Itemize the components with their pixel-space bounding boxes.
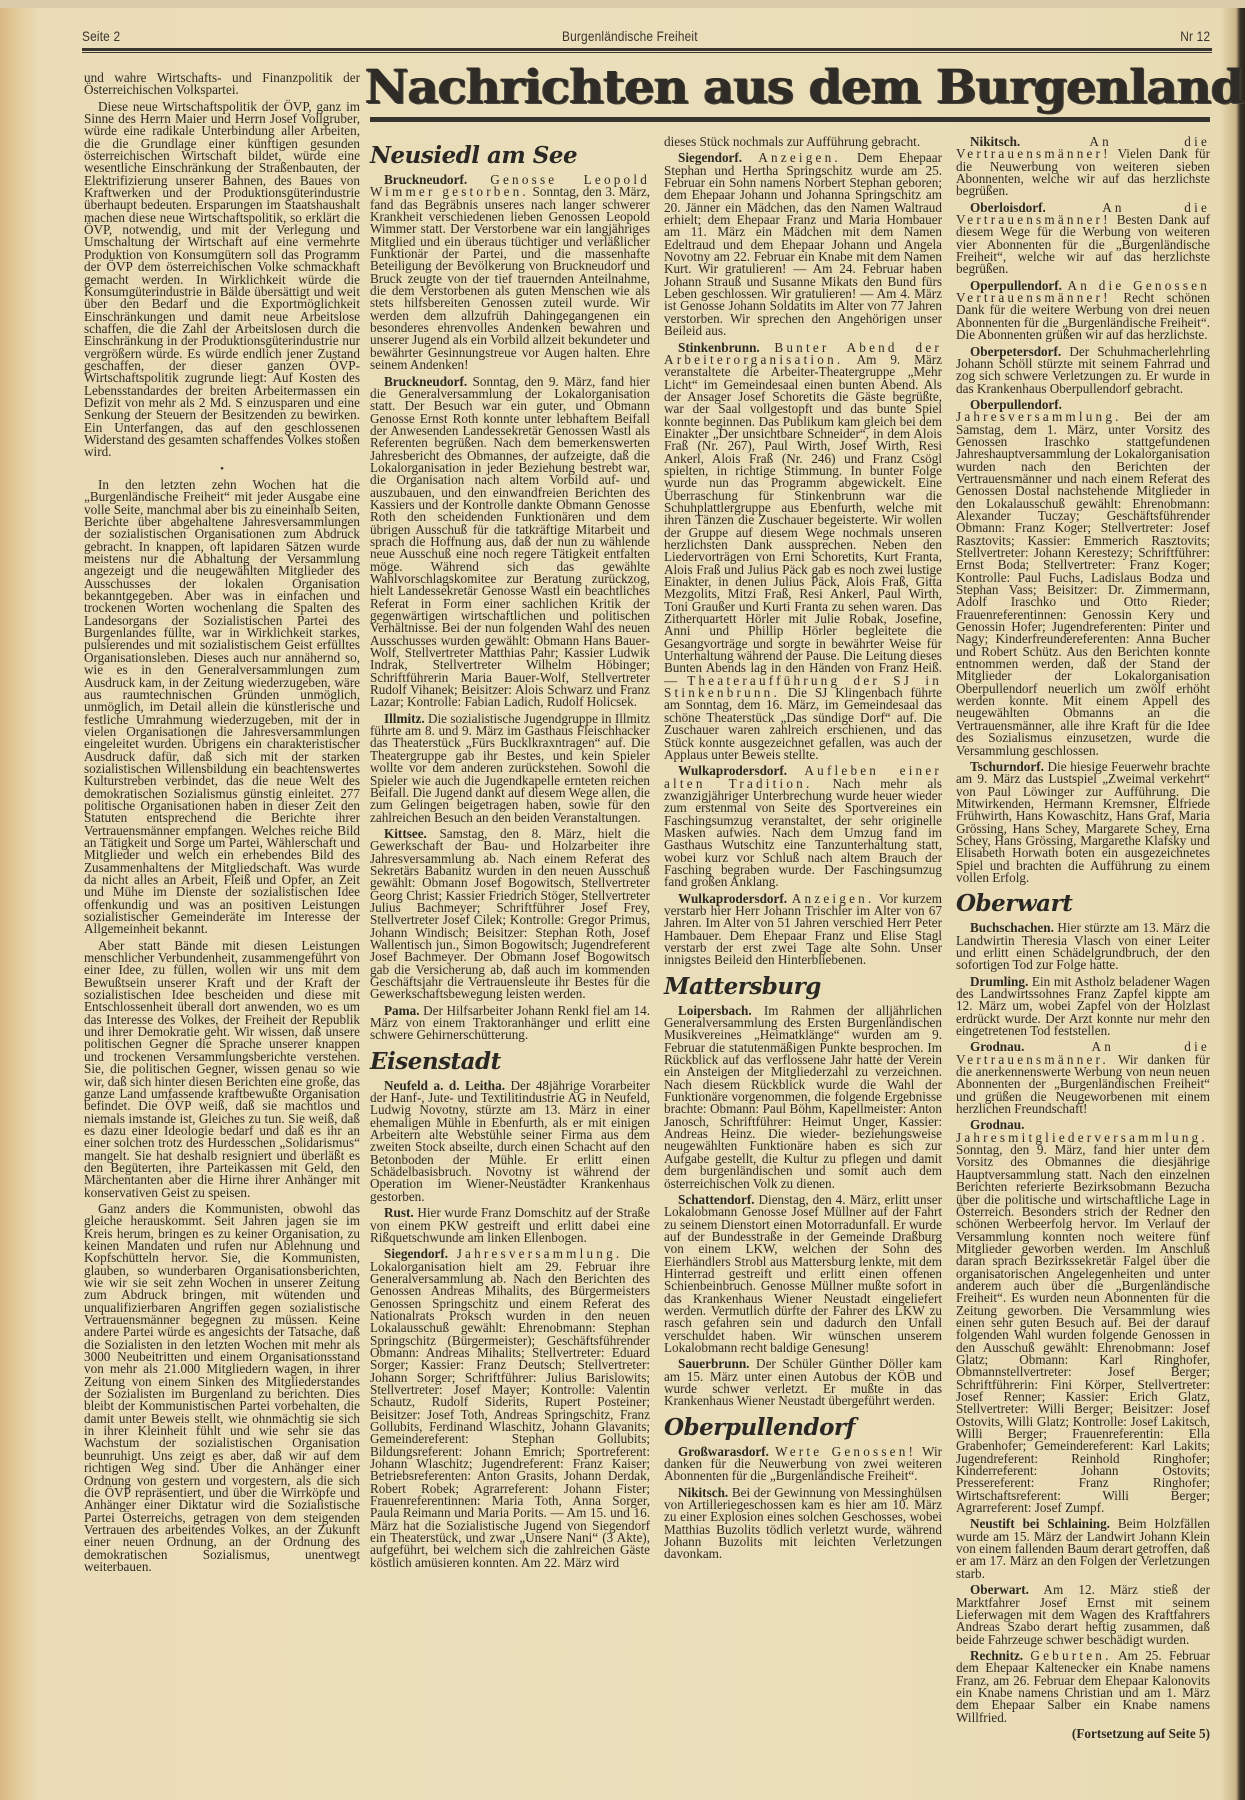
- article-text: Nach mehr als zwanzigjähriger Unterbrech…: [664, 776, 942, 890]
- article: Pama. Der Hilfsarbeiter Johann Renkl fie…: [370, 1005, 650, 1042]
- article-text: Samstag, den 8. März, hielt die Gewerksc…: [370, 826, 650, 1001]
- column-editorial: und wahre Wirtschafts- und Finanzpolitik…: [84, 72, 360, 1573]
- issue-number: Nr 12: [1180, 28, 1210, 44]
- article: Bruckneudorf. Sonntag, den 9. März, fand…: [370, 376, 650, 709]
- article: Großwarasdorf. Werte Genossen! Wir danke…: [664, 1446, 942, 1483]
- article-text: Dem Ehepaar Stephan und Hertha Springsch…: [664, 150, 942, 338]
- paragraph: und wahre Wirtschafts- und Finanzpolitik…: [84, 72, 360, 97]
- article: Siegendorf. Anzeigen. Dem Ehepaar Stepha…: [664, 152, 942, 337]
- masthead-text: Nachrichten aus dem Burgenland: [365, 60, 1243, 115]
- article: Oberpetersdorf. Der Schuhmacherlehrling …: [956, 346, 1210, 395]
- article: Oberloisdorf. An die Vertrauensmänner! B…: [956, 202, 1210, 276]
- article: Tschurndorf. Die hiesige Feuerwehr brach…: [956, 761, 1210, 884]
- article: Buchschachen. Hier stürzte am 13. März d…: [956, 922, 1210, 971]
- paragraph: Aber statt Bände mit diesen Leistungen m…: [84, 940, 360, 1199]
- section-heading-oberpullendorf: Oberpullendorf: [664, 1414, 942, 1442]
- column-2: Neusiedl am See Bruckneudorf. Genosse Le…: [370, 136, 650, 1569]
- paragraph: In den letzten zehn Wochen hat die „Burg…: [84, 479, 360, 936]
- article: Drumling. Ein mit Astholz beladener Wage…: [956, 976, 1210, 1038]
- article: Loipersbach. Im Rahmen der alljährlichen…: [664, 1005, 942, 1190]
- article: Nikitsch. An die Vertrauensmänner! Viele…: [956, 136, 1210, 198]
- article: Illmitz. Die sozialistische Jugendgruppe…: [370, 713, 650, 824]
- article-text: Am 25. Februar dem Ehepaar Kaltenecker e…: [956, 1648, 1210, 1725]
- running-head: Seite 2 Burgenländische Freiheit Nr 12: [82, 26, 1210, 48]
- continued-on-page-5: (Fortsetzung auf Seite 5): [956, 1728, 1210, 1740]
- masthead-rule: [370, 117, 1210, 122]
- article: Grodnau. An die Vertrauensmänner. Wir da…: [956, 1041, 1210, 1115]
- column-4: Nikitsch. An die Vertrauensmänner! Viele…: [956, 136, 1210, 1740]
- section-heading-neusiedl: Neusiedl am See: [370, 142, 650, 170]
- article-text: Sonntag, den 9. März, fand hier unter de…: [956, 1142, 1210, 1515]
- article-text: Der 48jährige Vorarbeiter der Hanf-, Jut…: [370, 1078, 650, 1204]
- article: Bruckneudorf. Genosse Leopold Wimmer ges…: [370, 174, 650, 372]
- article-text: Dienstag, den 4. März, erlitt unser Loka…: [664, 1192, 942, 1355]
- section-heading-oberwart: Oberwart: [956, 890, 1210, 918]
- article: Rust. Hier wurde Franz Domschitz auf der…: [370, 1207, 650, 1244]
- article: Neufeld a. d. Leitha. Der 48jährige Vora…: [370, 1080, 650, 1203]
- article: Oberpullendorf. Jahresversammlung. Bei d…: [956, 399, 1210, 757]
- article: Rechnitz. Geburten. Am 25. Februar dem E…: [956, 1650, 1210, 1724]
- scan-top-edge: [0, 0, 1245, 8]
- article-text: Bei der Gewinnung von Messinghülsen von …: [664, 1485, 942, 1562]
- article: Neustift bei Schlaining. Beim Holzfällen…: [956, 1518, 1210, 1580]
- newspaper-page: Seite 2 Burgenländische Freiheit Nr 12 N…: [0, 0, 1245, 1800]
- article-text: Bei der am Samstag, dem 1. März, unter V…: [956, 409, 1210, 757]
- article: Kittsee. Samstag, den 8. März, hielt die…: [370, 828, 650, 1001]
- article: Grodnau. Jahresmitgliederversammlung. So…: [956, 1119, 1210, 1514]
- column-3: dieses Stück nochmals zur Aufführung geb…: [664, 136, 942, 1561]
- article-text: Die SJ Klingenbach führte am Sonntag, de…: [664, 685, 942, 762]
- article: Sauerbrunn. Der Schüler Günther Döller k…: [664, 1358, 942, 1407]
- article: Wulkaprodersdorf. Aufleben einer alten T…: [664, 765, 942, 888]
- article: Schattendorf. Dienstag, den 4. März, erl…: [664, 1194, 942, 1354]
- section-masthead: Nachrichten aus dem Burgenland: [365, 60, 1210, 120]
- article-text: Vor kurzem verstarb hier Herr Johann Tri…: [664, 891, 942, 968]
- article: Operpullendorf. An die Genossen Vertraue…: [956, 280, 1210, 342]
- article-text: Die hiesige Feuerwehr brachte am 9. März…: [956, 759, 1210, 885]
- article: Stinkenbrunn. Bunter Abend der Arbeitero…: [664, 342, 942, 762]
- article: Siegendorf. Jahresversammlung. Die Lokal…: [370, 1248, 650, 1569]
- page-number: Seite 2: [82, 28, 120, 44]
- section-heading-eisenstadt: Eisenstadt: [370, 1048, 650, 1076]
- article-text: Im Rahmen der alljährlichen Generalversa…: [664, 1003, 942, 1191]
- article: Nikitsch. Bei der Gewinnung von Messingh…: [664, 1487, 942, 1561]
- paragraph: Diese neue Wirtschaftspolitik der ÖVP, g…: [84, 101, 360, 459]
- paragraph: Ganz anders die Kommunisten, obwohl das …: [84, 1203, 360, 1573]
- paper-title: Burgenländische Freiheit: [562, 28, 698, 44]
- article-text: Die sozialistische Jugendgruppe in Illmi…: [370, 711, 650, 825]
- article-continuation: dieses Stück nochmals zur Aufführung geb…: [664, 136, 942, 148]
- section-heading-mattersburg: Mattersburg: [664, 973, 942, 1001]
- article-text: Die Lokalorganisation hielt am 29. Febru…: [370, 1246, 650, 1570]
- article: Wulkaprodersdorf. Anzeigen. Vor kurzem v…: [664, 893, 942, 967]
- separator-bullet: •: [84, 463, 360, 475]
- article-text: Am 9. März veranstaltete die Arbeiter-Th…: [664, 352, 942, 688]
- article-text: Sonntag, den 9. März, fand hier die Gene…: [370, 374, 650, 710]
- article: Oberwart. Am 12. März stieß der Marktfah…: [956, 1584, 1210, 1646]
- article-text: Sonntag, den 3. März, fand das Begräbnis…: [370, 184, 650, 372]
- header-rule: [82, 48, 1212, 53]
